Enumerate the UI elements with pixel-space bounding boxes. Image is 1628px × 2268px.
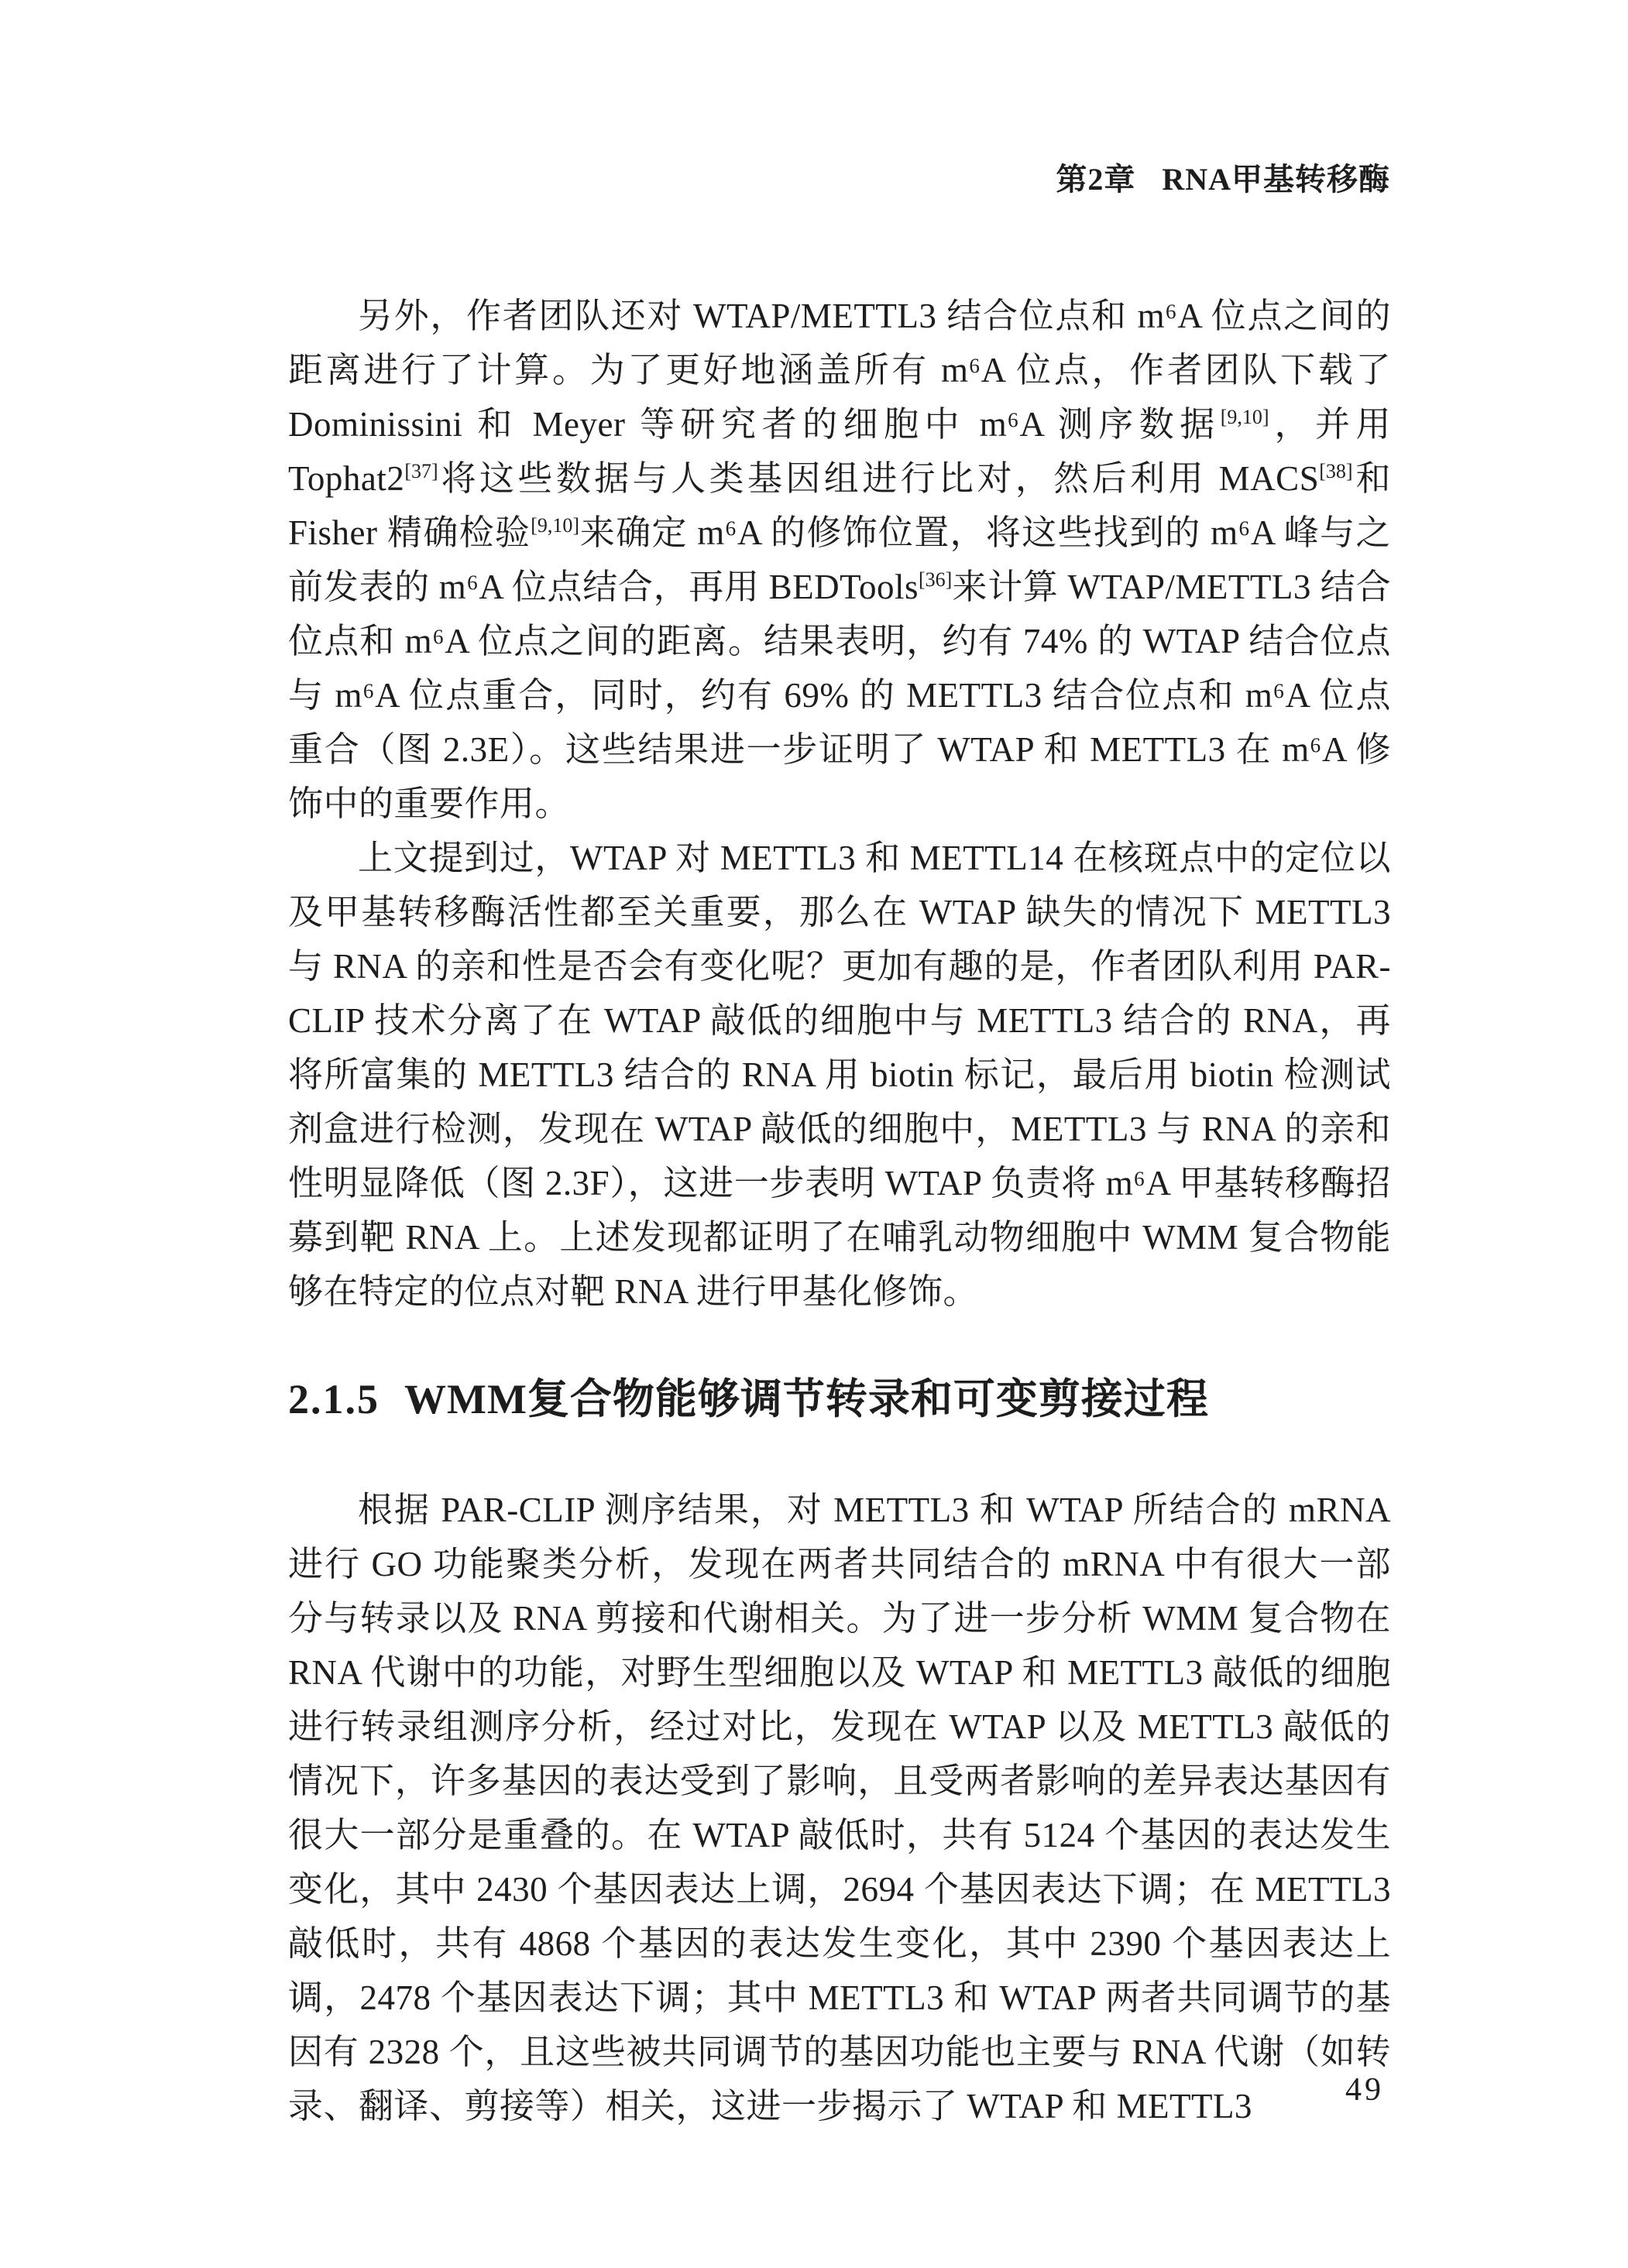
citation-superscript: [9,10] bbox=[531, 514, 579, 537]
citation-superscript: [37] bbox=[404, 460, 438, 482]
page-number: 49 bbox=[1345, 2072, 1384, 2108]
running-head: 第2章RNA甲基转移酶 bbox=[288, 163, 1390, 197]
citation-superscript: [36] bbox=[919, 568, 952, 591]
chapter-label: 第2章 bbox=[1056, 162, 1135, 197]
section-title: WMM复合物能够调节转录和可变剪接过程 bbox=[404, 1376, 1209, 1422]
paragraph-1: 另外，作者团队还对 WTAP/METTL3 结合位点和 m⁶A 位点之间的距离进… bbox=[288, 289, 1391, 831]
citation-superscript: [38] bbox=[1319, 460, 1352, 482]
section-number: 2.1.5 bbox=[288, 1376, 380, 1422]
paragraph-2: 上文提到过，WTAP 对 METTL3 和 METTL14 在核斑点中的定位以及… bbox=[288, 831, 1391, 1319]
chapter-title: RNA甲基转移酶 bbox=[1162, 162, 1390, 197]
text-column: 另外，作者团队还对 WTAP/METTL3 结合位点和 m⁶A 位点之间的距离进… bbox=[288, 289, 1391, 2133]
paragraph-3: 根据 PAR-CLIP 测序结果，对 METTL3 和 WTAP 所结合的 mR… bbox=[288, 1483, 1391, 2133]
section-heading: 2.1.5WMM复合物能够调节转录和可变剪接过程 bbox=[288, 1368, 1391, 1430]
book-page: 第2章RNA甲基转移酶 另外，作者团队还对 WTAP/METTL3 结合位点和 … bbox=[0, 0, 1628, 2268]
citation-superscript: [9,10] bbox=[1221, 406, 1269, 428]
